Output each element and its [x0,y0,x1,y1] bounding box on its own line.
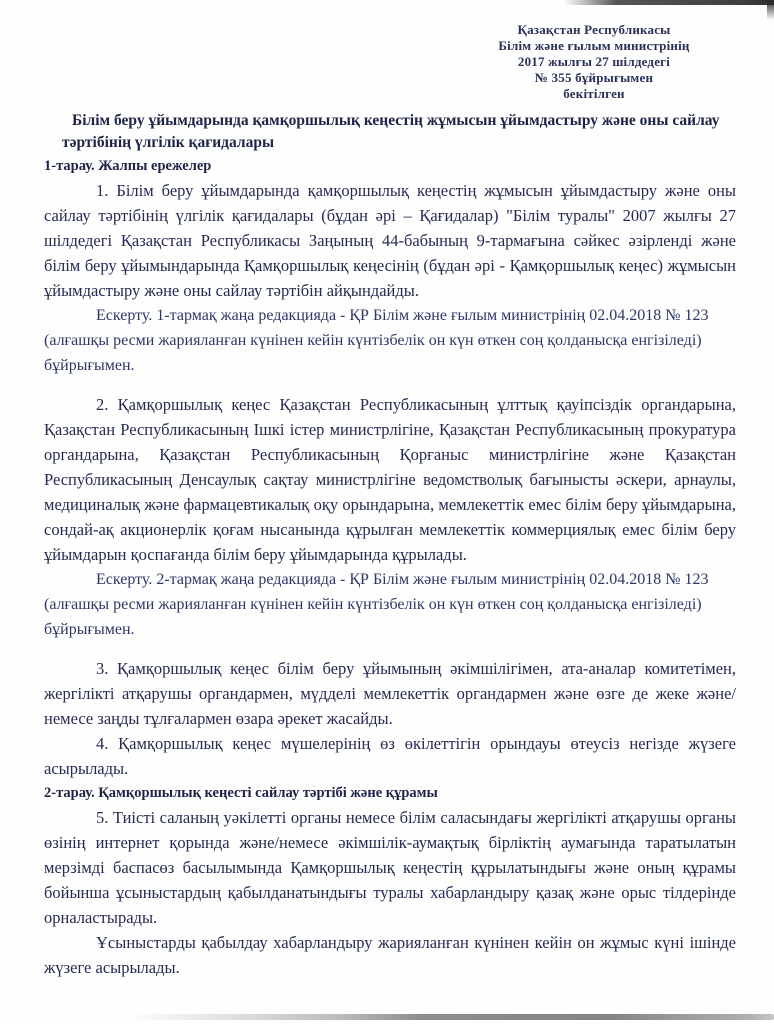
paragraph-1: 1. Білім беру ұйымдарында қамқоршылық ке… [44,178,736,303]
paragraph-5: 5. Тиісті саланың уәкілетті органы немес… [44,805,736,930]
approval-line-date: 2017 жылғы 27 шілдедегі [444,54,744,70]
scan-artifact-bottom-band [130,1014,774,1020]
note-1: Ескерту. 1-тармақ жаңа редакцияда - ҚР Б… [44,303,736,378]
paragraph-6: Ұсыныстарды қабылдау хабарландыру жариял… [44,930,736,980]
paragraph-3: 3. Қамқоршылық кеңес білім беру ұйымының… [44,656,736,731]
approval-line-country: Қазақстан Республикасы [444,22,744,38]
scan-artifact-top-right-corner [767,0,774,20]
scan-artifact-top-band [564,0,774,5]
document-title: Білім беру ұйымдарында қамқоршылық кеңес… [62,110,726,154]
approval-line-order-number: № 355 бұйрығымен [444,70,744,86]
approval-line-ministry: Білім және ғылым министрінің [444,38,744,54]
approval-block: Қазақстан Республикасы Білім және ғылым … [444,22,744,102]
note-2: Ескерту. 2-тармақ жаңа редакцияда - ҚР Б… [44,567,736,642]
document-page: Қазақстан Республикасы Білім және ғылым … [0,0,774,1024]
chapter-2-heading: 2-тарау. Қамқоршылық кеңесті сайлау тәрт… [44,783,736,803]
approval-line-approved: бекітілген [444,86,744,102]
paragraph-2: 2. Қамқоршылық кеңес Қазақстан Республик… [44,392,736,567]
paragraph-4: 4. Қамқоршылық кеңес мүшелерінің өз өкіл… [44,731,736,781]
chapter-1-heading: 1-тарау. Жалпы ережелер [44,156,736,176]
